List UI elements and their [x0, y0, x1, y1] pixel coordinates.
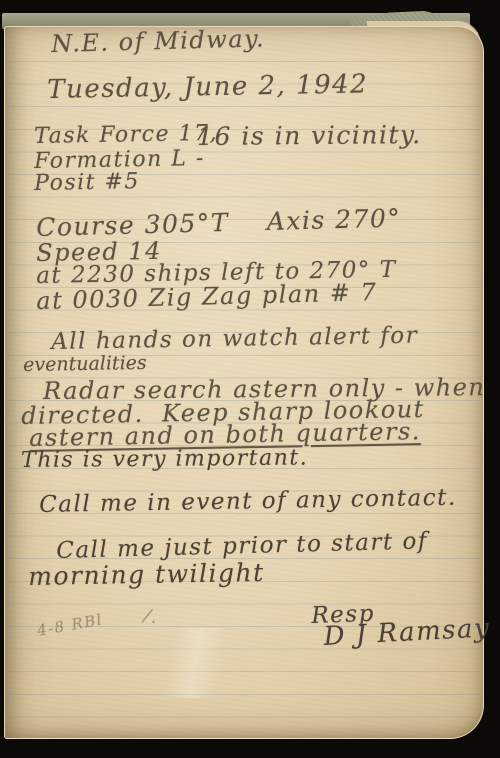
posit-line: Posit #5	[34, 171, 140, 195]
task-force-line: Task Force 17,	[34, 123, 218, 148]
scanned-notebook-photo: N.E. of Midway. Tuesday, June 2, 1942 Ta…	[0, 0, 500, 758]
note-date: Tuesday, June 2, 1942	[47, 71, 368, 103]
notebook-page: N.E. of Midway. Tuesday, June 2, 1942 Ta…	[4, 26, 484, 739]
vicinity-note: 16 is in vicinity.	[197, 122, 422, 149]
twilight-order-line-2: morning twilight	[28, 560, 265, 589]
watch-alert-line-2: eventualities	[23, 354, 147, 375]
important-line: This is very important.	[21, 447, 308, 472]
note-location-heading: N.E. of Midway.	[51, 26, 265, 56]
